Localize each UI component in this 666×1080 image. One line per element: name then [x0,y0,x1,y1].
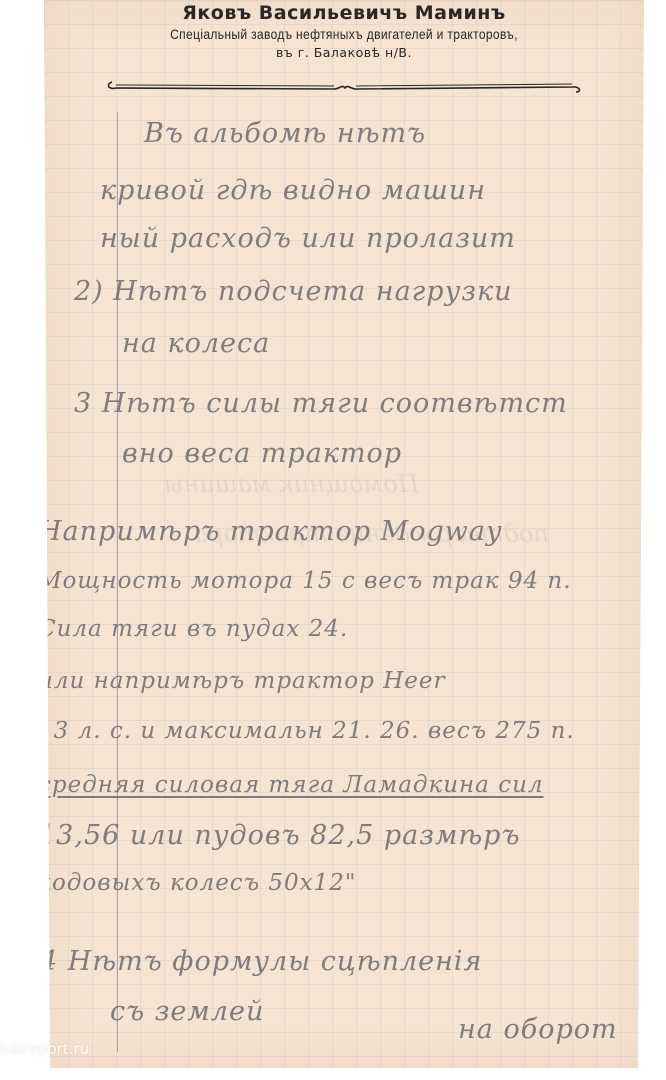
handwritten-line: ходовыхъ колесъ 50x12" [38,870,356,896]
bleed-through-text: Помощник машины [164,470,419,498]
handwritten-line: или напримѣръ трактор Heer [38,668,445,694]
handwritten-line: 2) Нѣтъ подсчета нагрузки [74,276,513,307]
handwritten-line: Сила тяги въ пудах 24. [38,616,348,642]
watermark: balreport.ru [0,1040,89,1058]
handwritten-line: средняя силовая тяга Ламадкина сил [38,772,544,798]
letterhead-city: въ г. Балаковѣ н/В. [44,45,644,60]
handwritten-line: на оборот [458,1014,618,1045]
letter-page: Яковъ Васильевичъ Маминъ Спеціальный зав… [44,0,644,1068]
handwritten-line: 3 Нѣтъ силы тяги соотвѣтст [74,388,568,419]
handwritten-line: Въ альбомѣ нѣтъ [144,118,426,149]
letterhead-subtitle: Спеціальный заводъ нефтяныхъ двигателей … [86,26,602,42]
handwritten-line: съ землей [110,996,264,1027]
handwritten-line: Мощность мотора 15 с весъ трак 94 п. [38,568,572,594]
handwritten-line: вно веса трактор [122,438,402,469]
letterhead-name: Яковъ Васильевичъ Маминъ [44,2,644,24]
handwritten-line: 13 л. с. и максимальн 21. 26. весъ 275 п… [38,718,575,744]
ornamental-rule-icon [106,76,584,94]
handwritten-line: 13,56 или пудовъ 82,5 размѣръ [38,820,520,851]
letterhead: Яковъ Васильевичъ Маминъ Спеціальный зав… [44,0,644,60]
handwritten-line: Напримѣръ трактор Mogway [38,516,502,547]
handwritten-line: на колеса [122,328,270,359]
handwritten-line: кривой гдѣ видно машин [100,175,486,206]
handwritten-line: ный расходъ или пролазит [100,223,516,254]
handwritten-line: 4 Нѣтъ формулы сцѣпленія [40,946,482,977]
